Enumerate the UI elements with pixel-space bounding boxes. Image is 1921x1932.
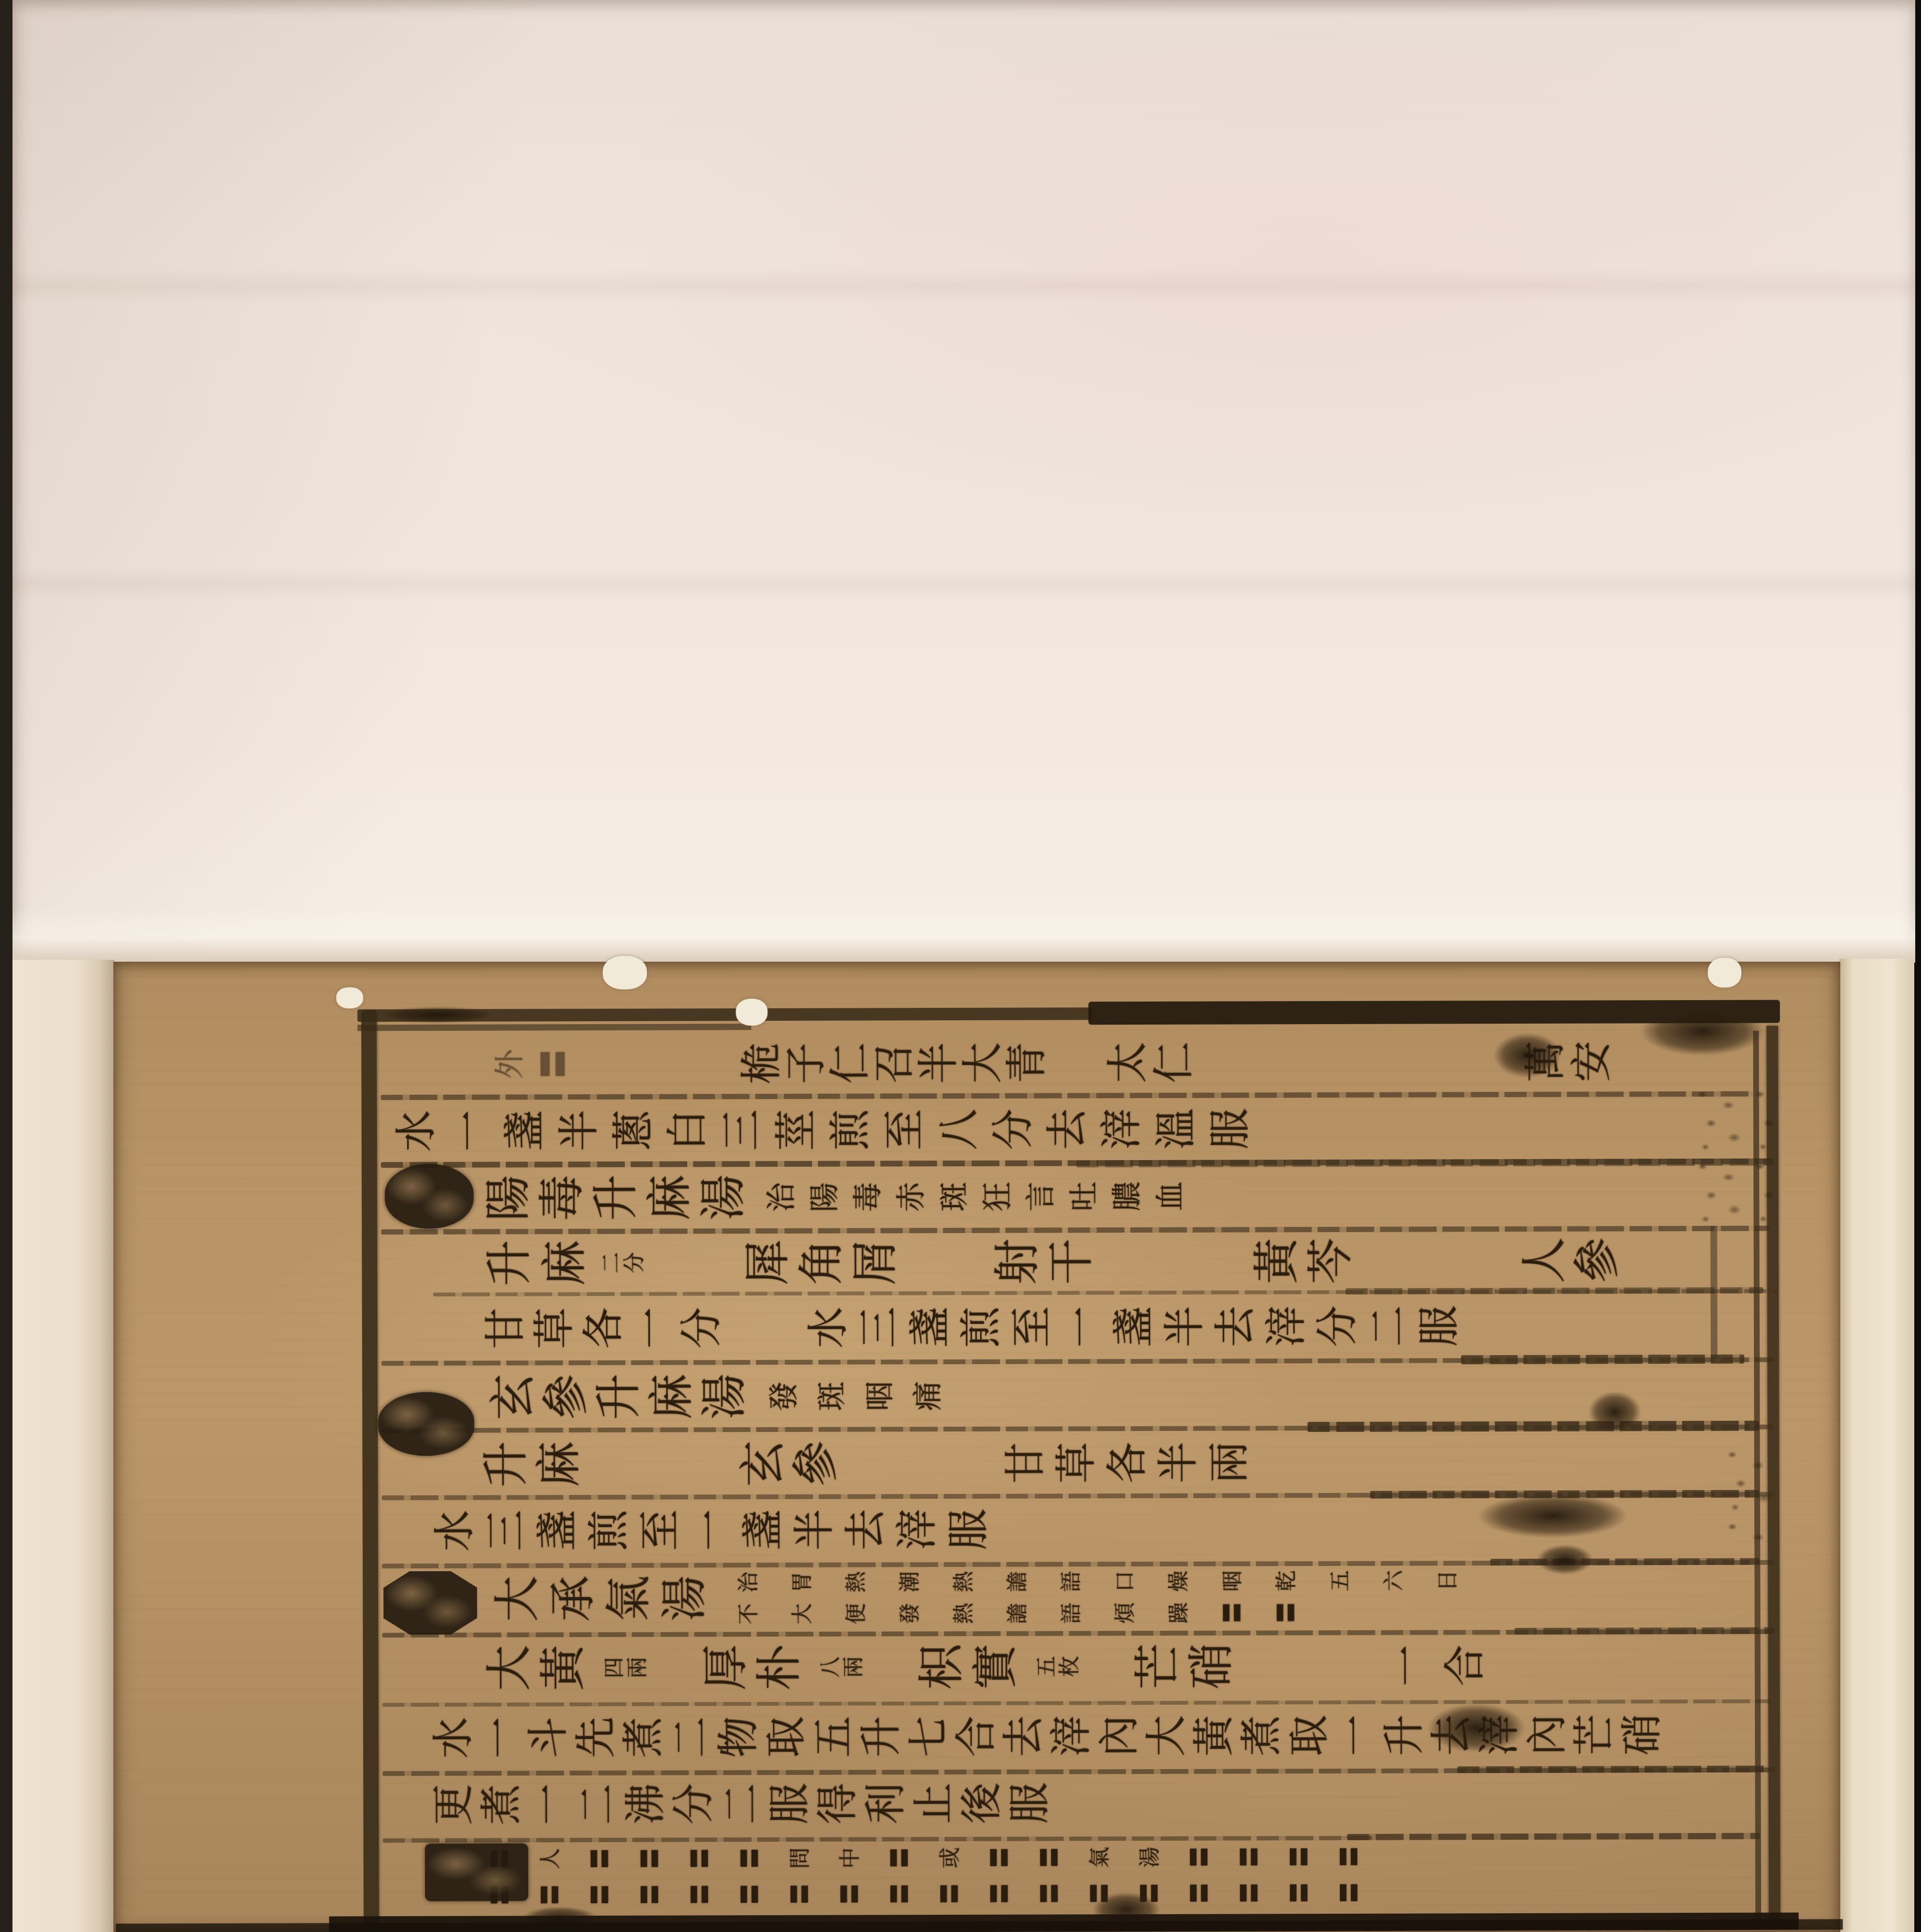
- glyph: 兩: [822, 1655, 886, 1678]
- torn-paper-chip: [603, 956, 647, 990]
- column-rule: [1515, 1627, 1774, 1635]
- glyph: 屑: [844, 1235, 905, 1289]
- glyph: 兩: [1199, 1437, 1260, 1488]
- text-segment: 枳實: [914, 1635, 1022, 1699]
- glyph: 〓: [932, 1869, 968, 1919]
- torn-paper-chip: [336, 987, 363, 1008]
- glyph: 黃: [1245, 1234, 1307, 1288]
- glyph: 分: [604, 1251, 666, 1274]
- glyph: 服: [999, 1779, 1060, 1827]
- ink-stain: [1414, 1697, 1539, 1760]
- text-row: 〓人〓〓〓〓問中〓或〓〓氣湯〓〓〓〓〓〓〓〓〓〓〓〓〓〓〓〓〓〓〓〓〓〓: [2, 1837, 1921, 1914]
- glyph: 湯: [652, 1570, 716, 1626]
- text-segment: 甘草各半兩: [1000, 1431, 1255, 1493]
- glyph: 升: [478, 1235, 539, 1291]
- text-segment: 四兩: [603, 1636, 649, 1700]
- text-segment: 黃芩: [1249, 1230, 1357, 1292]
- text-segment: 射干: [990, 1231, 1097, 1293]
- text-segment: 芒硝: [1131, 1634, 1238, 1698]
- glyph: 〓: [1032, 1869, 1068, 1919]
- glyph: 干: [1040, 1235, 1101, 1288]
- ink-stain: [1623, 1000, 1782, 1063]
- ink-stain: [1484, 1027, 1570, 1084]
- text-segment: 發斑咽痛: [760, 1364, 952, 1428]
- text-row: 大黃四兩厚朴八兩枳實五枚芒硝一合: [2, 1633, 1921, 1701]
- text-segment: 五枚: [1035, 1635, 1082, 1698]
- glyph: 服: [936, 1504, 1000, 1555]
- text-segment: 水一盞半蔥白三莖煎至八分去滓溫服: [389, 1097, 1258, 1163]
- glyph: 服: [1199, 1101, 1263, 1156]
- text-segment: 水三盞煎至一盞半去滓服: [429, 1498, 994, 1563]
- glyph: 一: [1377, 1637, 1440, 1694]
- glyph: 湯: [691, 1171, 755, 1224]
- glyph: 〓: [732, 1870, 768, 1920]
- glyph: 大: [485, 1571, 548, 1626]
- glyph: 〓: [682, 1870, 718, 1920]
- torn-paper-chip: [736, 999, 767, 1026]
- glyph: 〓: [632, 1870, 668, 1920]
- text-row: 甘草各一分水三盞煎至一盞半去滓分二服: [1, 1294, 1921, 1361]
- glyph: 硝: [1179, 1639, 1243, 1693]
- ink-stain: [1529, 1541, 1601, 1579]
- glyph: 痛: [896, 1372, 960, 1420]
- glyph: 芩: [1299, 1234, 1361, 1288]
- text-segment: 桅子仁召半大青: [740, 1031, 1049, 1096]
- column-rule: [1461, 1355, 1744, 1365]
- glyph: 〓: [1281, 1868, 1317, 1918]
- foxing-speckles: [1691, 1084, 1780, 1233]
- ink-seal-stamp: [378, 1392, 474, 1456]
- text-block: 外〓桅子仁召半大青太仁萬安水一盞半蔥白三莖煎至八分去滓溫服陽毒升麻湯治陽毒赤斑狂…: [0, 0, 1921, 1932]
- glyph: 〓: [882, 1869, 918, 1919]
- glyph: 犀: [736, 1235, 798, 1289]
- glyph: 玄: [732, 1437, 793, 1490]
- text-segment: 甘草各一分: [481, 1296, 726, 1359]
- glyph: 〓: [522, 1042, 586, 1086]
- column-rule: [1307, 1421, 1759, 1432]
- text-segment: 大承氣湯: [489, 1566, 712, 1630]
- glyph: 角: [790, 1235, 851, 1289]
- glyph: 參: [785, 1437, 846, 1490]
- glyph: 服: [1408, 1300, 1471, 1351]
- text-segment: 不大便發熱譫語煩躁〓〓: [722, 1596, 1475, 1630]
- text-row: 水一盞半蔥白三莖煎至八分去滓溫服: [0, 1095, 1921, 1164]
- annotation-two-line: 〓人〓〓〓〓問中〓或〓〓氣湯〓〓〓〓〓〓〓〓〓〓〓〓〓〓〓〓〓〓〓〓〓〓: [475, 1839, 1374, 1913]
- glyph: 參: [1566, 1234, 1627, 1286]
- glyph: 兩: [606, 1656, 669, 1679]
- ink-seal-stamp: [383, 1571, 477, 1635]
- text-segment: 八兩: [819, 1636, 865, 1699]
- ink-seal-stamp: [385, 1164, 474, 1229]
- glyph: 合: [1434, 1637, 1497, 1694]
- text-segment: 玄參: [736, 1433, 842, 1495]
- text-segment: 水三盞煎至一盞半去滓分二服: [803, 1295, 1465, 1359]
- text-segment: 升麻: [479, 1433, 585, 1495]
- glyph: 血: [1138, 1174, 1202, 1218]
- text-segment: 犀角屑: [740, 1231, 901, 1293]
- ink-stain: [365, 1004, 509, 1026]
- text-segment: 升麻: [481, 1232, 591, 1294]
- ink-stain: [1581, 1385, 1648, 1438]
- ink-seal-stamp: [425, 1843, 528, 1901]
- text-segment: 厚朴: [698, 1636, 806, 1700]
- torn-paper-chip: [1708, 958, 1741, 988]
- glyph: 〓: [832, 1869, 868, 1919]
- glyph: 〓: [1331, 1868, 1367, 1918]
- glyph: 分: [670, 1303, 733, 1352]
- glyph: 人: [1513, 1234, 1574, 1287]
- text-segment: 人參: [1517, 1229, 1623, 1291]
- column-rule: [1457, 1766, 1769, 1773]
- text-segment: 太仁: [1105, 1030, 1197, 1095]
- text-segment: 治胃熱潮熱譫語口燥咽乾五六日: [722, 1565, 1475, 1598]
- text-row: 水一斗先煮二物取五升七合去滓內大黃煮取一升去滓內芒硝: [2, 1702, 1921, 1771]
- text-segment: 陽毒升麻湯: [481, 1165, 750, 1230]
- text-segment: 二分: [600, 1232, 646, 1294]
- text-row: 升麻玄參甘草各半兩: [1, 1430, 1921, 1496]
- glyph: 〓: [782, 1869, 818, 1919]
- foxing-speckles: [1721, 1444, 1779, 1540]
- glyph: 升: [475, 1438, 536, 1491]
- glyph: 枚: [1038, 1655, 1102, 1678]
- text-row: 更煮一二沸分二服得利止後服: [2, 1770, 1921, 1836]
- ink-stain: [1457, 1487, 1649, 1544]
- text-segment: 玄參升麻湯: [486, 1365, 750, 1429]
- glyph: 仁: [1142, 1039, 1206, 1086]
- text-segment: 〓〓〓〓〓〓〓〓〓〓〓〓〓〓〓〓〓〓: [475, 1875, 1374, 1913]
- text-segment: 大黃: [482, 1636, 590, 1700]
- glyph: 承: [541, 1571, 604, 1626]
- book-scan: 外〓桅子仁召半大青太仁萬安水一盞半蔥白三莖煎至八分去滓溫服陽毒升麻湯治陽毒赤斑狂…: [0, 0, 1921, 1932]
- column-rule: [1347, 1833, 1760, 1840]
- glyph: 射: [986, 1235, 1047, 1289]
- glyph: 〓: [982, 1869, 1018, 1919]
- glyph: 麻: [528, 1438, 589, 1491]
- glyph: 氣: [596, 1571, 660, 1626]
- text-row: 陽毒升麻湯治陽毒赤斑狂言吐膿血: [0, 1162, 1921, 1231]
- text-segment: 治陽毒赤斑狂言吐膿血: [759, 1164, 1192, 1229]
- annotation-two-line: 治胃熱潮熱譫語口燥咽乾五六日不大便發熱譫語煩躁〓〓: [722, 1565, 1475, 1630]
- glyph: 青: [995, 1040, 1059, 1085]
- text-segment: 外〓: [487, 1032, 576, 1096]
- text-row: 升麻二分犀角屑射干黃芩人參: [0, 1229, 1921, 1295]
- glyph: 硝: [1610, 1711, 1674, 1759]
- column-rule: [1346, 1287, 1763, 1295]
- text-row: 大承氣湯治胃熱潮熱譫語口燥咽乾五六日不大便發熱譫語煩躁〓〓: [1, 1564, 1921, 1632]
- glyph: 湯: [692, 1370, 755, 1423]
- text-segment: 一合: [1380, 1634, 1494, 1698]
- glyph: 〓: [1231, 1868, 1267, 1918]
- text-segment: 更煮一二沸分二服得利止後服: [429, 1772, 1054, 1835]
- glyph: 〓: [1181, 1868, 1217, 1918]
